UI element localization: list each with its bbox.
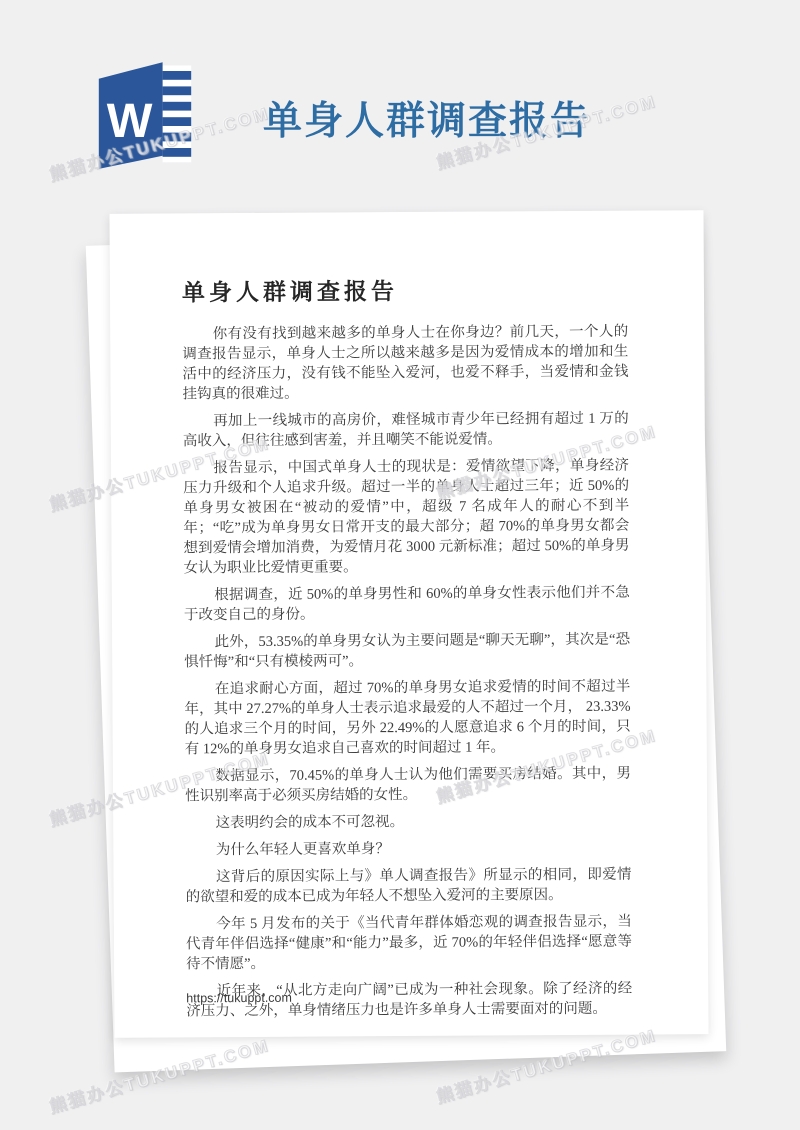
document-page: 单身人群调查报告 你有没有找到越来越多的单身人士在你身边？前几天，一个人的调查报…: [109, 210, 708, 1038]
document-paragraph: 为什么年轻人更喜欢单身？: [185, 837, 631, 860]
footer-link: https://tukuppt.com: [186, 991, 292, 1006]
document-paragraph: 数据显示，70.45%的单身人士认为他们需要买房结婚。其中，男性识别率高于必须买…: [185, 763, 631, 806]
document-paragraph: 今年 5 月发布的关于《当代青年群体婚恋观的调查报告显示，当代青年伴侣选择“健康…: [186, 911, 632, 974]
document-paragraph: 你有没有找到越来越多的单身人士在你身边？前几天，一个人的调查报告显示，单身人士之…: [182, 321, 628, 404]
page-title: 单身人群调查报告: [263, 90, 591, 146]
page-background: W 单身人群调查报告 单身人群调查报告 你有没有找到越来越多的单身人士在你身边？…: [0, 0, 800, 1130]
word-icon-w-letter: W: [107, 94, 153, 148]
document-paragraph: 在追求耐心方面，超过 70%的单身男女追求爱情的时间不超过半年，其中 27.27…: [184, 676, 630, 759]
document-title: 单身人群调查报告: [182, 277, 628, 308]
document-paragraph: 这表明约会的成本不可忽视。: [185, 810, 631, 833]
word-icon-page: [163, 66, 192, 163]
document-paragraph: 报告显示，中国式单身人士的现状是：爱情欲望下降，单身经济压力升级和个人追求升级。…: [183, 455, 630, 578]
document-paragraph: 此外，53.35%的单身男女认为主要问题是“聊天无聊”，其次是“恐惧忏悔”和“只…: [184, 629, 630, 672]
word-icon: W: [95, 60, 195, 170]
document-paragraph: 再加上一线城市的高房价，难怪城市青少年已经拥有超过 1 万的高收入，但往往感到害…: [183, 408, 629, 451]
document-paragraph: 这背后的原因实际上与》单人调查报告》所显示的相同，即爱情的欲望和爱的成本已成为年…: [185, 864, 631, 907]
document-paragraph: 根据调查，近 50%的单身男性和 60%的单身女性表示他们并不急于改变自己的身份…: [184, 582, 630, 625]
